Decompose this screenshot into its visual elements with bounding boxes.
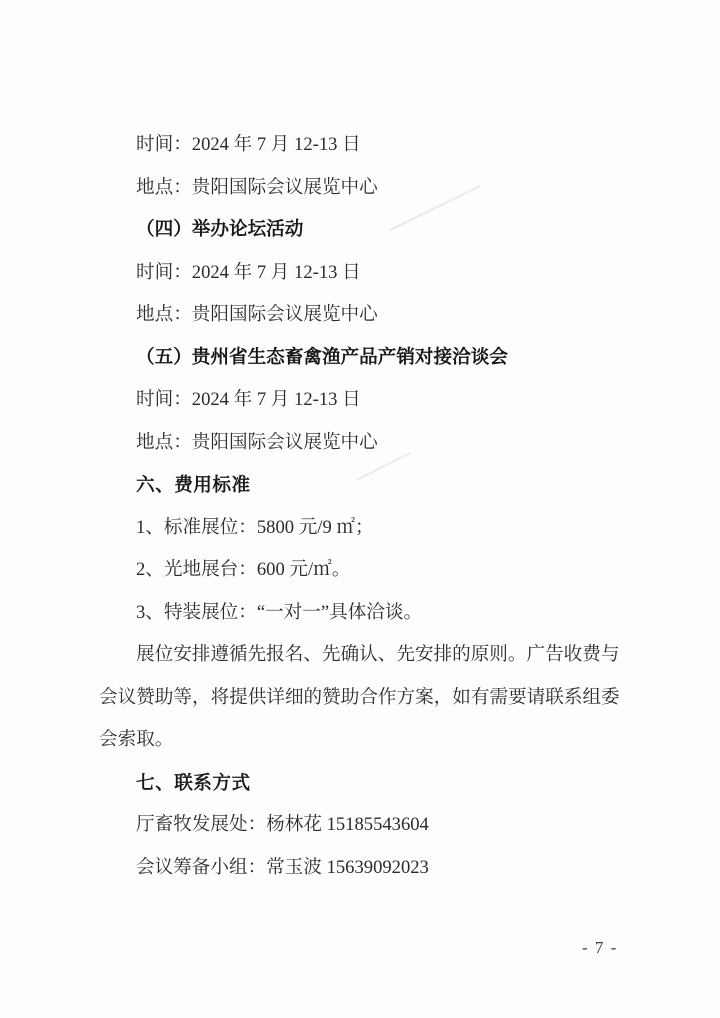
section-7-contact-heading: 七、联系方式 — [99, 762, 622, 805]
contact-line-livestock-office: 厅畜牧发展处：杨林花 15185543604 — [99, 804, 622, 847]
booth-policy-paragraph-line: 会索取。 — [99, 719, 622, 762]
event-time-line: 时间：2024 年 7 月 12-13 日 — [99, 252, 622, 295]
booth-policy-paragraph-line: 会议赞助等，将提供详细的赞助合作方案，如有需要请联系组委 — [99, 677, 622, 720]
booth-policy-paragraph-line: 展位安排遵循先报名、先确认、先安排的原则。广告收费与 — [99, 634, 622, 677]
section-4-heading: （四）举办论坛活动 — [99, 209, 622, 252]
section-6-fees-heading: 六、费用标准 — [99, 464, 622, 507]
event-venue-line: 地点：贵阳国际会议展览中心 — [99, 422, 622, 465]
document-body: 时间：2024 年 7 月 12-13 日 地点：贵阳国际会议展览中心 （四）举… — [99, 124, 622, 889]
fee-item-standard-booth: 1、标准展位：5800 元/9 ㎡； — [99, 507, 622, 550]
page-number: - 7 - — [582, 938, 618, 958]
event-time-line: 时间：2024 年 7 月 12-13 日 — [99, 124, 622, 167]
event-time-line: 时间：2024 年 7 月 12-13 日 — [99, 379, 622, 422]
fee-item-raw-space: 2、光地展台：600 元/㎡。 — [99, 549, 622, 592]
document-page: 时间：2024 年 7 月 12-13 日 地点：贵阳国际会议展览中心 （四）举… — [0, 0, 720, 1018]
event-venue-line: 地点：贵阳国际会议展览中心 — [99, 294, 622, 337]
section-5-heading: （五）贵州省生态畜禽渔产品产销对接洽谈会 — [99, 337, 622, 380]
contact-line-prep-group: 会议筹备小组：常玉波 15639092023 — [99, 847, 622, 890]
event-venue-line: 地点：贵阳国际会议展览中心 — [99, 167, 622, 210]
fee-item-custom-booth: 3、特装展位：“一对一”具体洽谈。 — [99, 592, 622, 635]
